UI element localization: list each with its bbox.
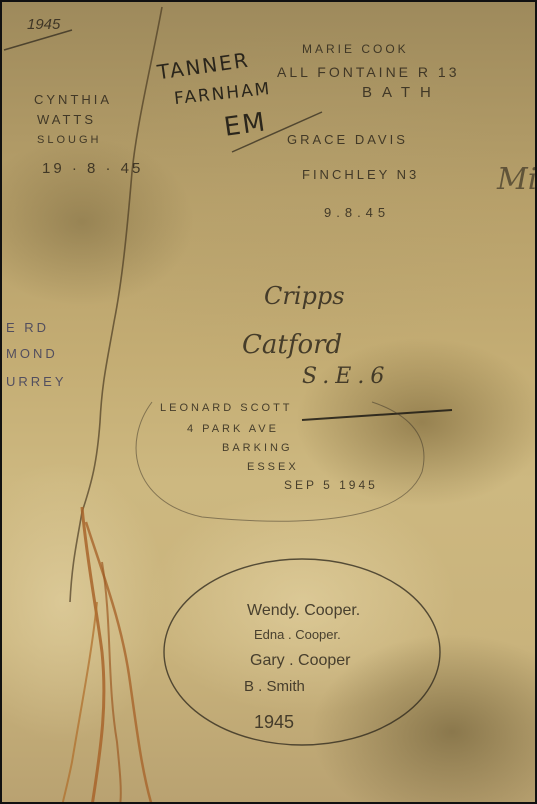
inscription-line: Catford xyxy=(242,330,342,360)
inscription-line: BATH xyxy=(362,84,441,101)
inscription-line: Gary . Cooper xyxy=(250,652,350,670)
right-edge-inscription: Mi xyxy=(497,162,537,197)
inscription-line: ESSEX xyxy=(247,461,299,473)
inscription-line: Wendy. Cooper. xyxy=(247,602,360,620)
inscription-line: 9.8.45 xyxy=(324,205,390,220)
inscription-line: MOND xyxy=(6,346,58,361)
inscription-line: SLOUGH xyxy=(37,134,101,146)
inscription-line: BARKING xyxy=(222,442,293,454)
inscription-line: CYNTHIA xyxy=(34,92,112,107)
inscription-line: 19 · 8 · 45 xyxy=(42,160,143,177)
inscription-line: S.E.6 xyxy=(302,364,390,389)
inscription-line: Edna . Cooper. xyxy=(254,627,341,642)
inscription-line: GRACE DAVIS xyxy=(287,132,408,147)
inscription-line: 4 PARK AVE xyxy=(187,423,279,435)
inscription-line: MARIE COOK xyxy=(302,42,409,56)
inscription-line: ALL FONTAINE R 13 xyxy=(277,64,459,80)
inscription-line: B . Smith xyxy=(244,678,305,695)
inscription-line: FINCHLEY N3 xyxy=(302,167,419,182)
inscription-line: SEP 5 1945 xyxy=(284,478,378,492)
inscription-line: 1945 xyxy=(254,712,294,733)
year-1945-topleft: 1945 xyxy=(27,16,60,33)
inscription-line: E RD xyxy=(6,320,49,335)
inscription-line: Cripps xyxy=(264,282,345,310)
inscription-line: LEONARD SCOTT xyxy=(160,402,293,414)
graffiti-wall-photo: 1945 CYNTHIA WATTS SLOUGH 19 · 8 · 45 TA… xyxy=(0,0,537,804)
inscription-line: URREY xyxy=(6,374,67,389)
inscription-line: WATTS xyxy=(37,112,96,127)
inscription-line: EM xyxy=(222,107,269,143)
